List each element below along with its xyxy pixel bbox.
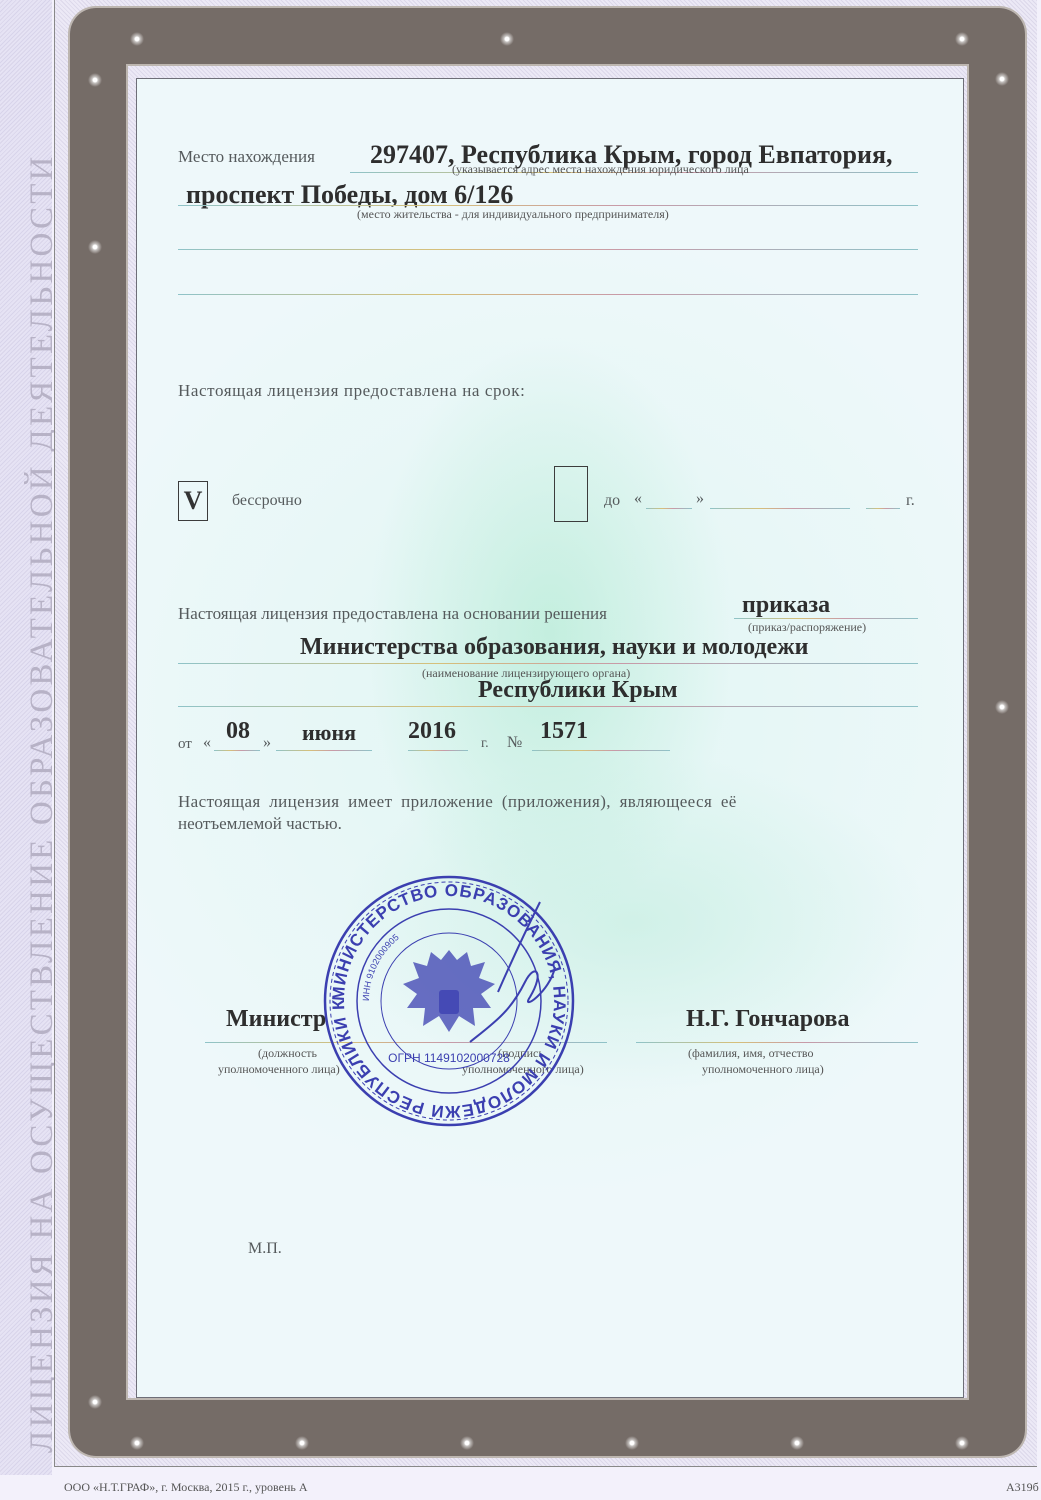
location-label: Место нахождения — [178, 147, 315, 167]
until-prefix: до — [604, 492, 620, 510]
term-heading: Настоящая лицензия предоставлена на срок… — [178, 381, 525, 401]
decision-type-line — [734, 618, 918, 619]
svg-text:ИНН 9102000905: ИНН 9102000905 — [361, 932, 401, 1001]
until-day-line — [646, 508, 692, 509]
order-month: июня — [302, 720, 356, 746]
name-line — [636, 1042, 918, 1043]
order-number: 1571 — [540, 718, 588, 745]
decision-type: приказа — [742, 592, 830, 619]
double-headed-eagle-icon — [403, 950, 495, 1032]
location-line-4 — [178, 294, 918, 295]
until-year-line — [866, 508, 900, 509]
position-hint-line1: (должность — [258, 1046, 317, 1061]
location-hint-legal: (указывается адрес места нахождения юрид… — [452, 162, 749, 177]
location-hint-individual: (место жительства - для индивидуального … — [357, 207, 669, 222]
order-day-line — [214, 750, 260, 751]
order-number-sign: № — [507, 734, 522, 752]
stamp-ogrn: ОГРН 1149102000728 — [388, 1051, 510, 1065]
basis-label: Настоящая лицензия предоставлена на осно… — [178, 604, 607, 624]
authority-line-1 — [178, 663, 918, 664]
order-month-line — [276, 750, 372, 751]
until-year-suffix: г. — [906, 492, 915, 510]
until-close-quote: » — [696, 490, 704, 508]
until-month-line — [710, 508, 850, 509]
indefinite-label: бессрочно — [232, 492, 302, 510]
authority-line-2 — [178, 706, 918, 707]
location-line-2 — [178, 205, 918, 206]
date-prefix: от — [178, 736, 192, 753]
until-open-quote: « — [634, 490, 642, 508]
authority-line2: Республики Крым — [478, 677, 678, 704]
date-open-quote: « — [203, 734, 211, 752]
authority-line1: Министерства образования, науки и молоде… — [300, 634, 808, 661]
order-year-line — [408, 750, 468, 751]
printer-info: ООО «Н.Т.ГРАФ», г. Москва, 2015 г., уров… — [64, 1480, 308, 1495]
side-strip: ЛИЦЕНЗИЯ НА ОСУЩЕСТВЛЕНИЕ ОБРАЗОВАТЕЛЬНО… — [0, 0, 52, 1475]
name-hint-line2: уполномоченного лица) — [702, 1062, 824, 1077]
official-stamp: МИНИСТЕРСТВО ОБРАЗОВАНИЯ, НАУКИ И МОЛОДЕ… — [320, 872, 578, 1130]
seal-place: М.П. — [248, 1240, 282, 1258]
appendix-text-line1: Настоящая лицензия имеет приложение (при… — [178, 792, 737, 812]
decision-type-hint: (приказ/распоряжение) — [748, 620, 866, 635]
name-hint-line1: (фамилия, имя, отчество — [688, 1046, 813, 1061]
signatory-name: Н.Г. Гончарова — [686, 1006, 849, 1033]
indefinite-checkbox[interactable]: V — [178, 481, 208, 521]
location-line-3 — [178, 249, 918, 250]
appendix-text-line2: неотъемлемой частью. — [178, 814, 342, 834]
signatory-position: Министр — [226, 1006, 326, 1033]
order-year-suffix: г. — [481, 736, 489, 752]
until-date-checkbox[interactable] — [554, 466, 588, 522]
handwritten-signature — [470, 902, 555, 1042]
order-number-line — [532, 750, 670, 751]
order-day: 08 — [226, 718, 250, 745]
date-close-quote: » — [263, 734, 271, 752]
stamp-inner-text: ИНН 9102000905 — [361, 932, 401, 1001]
order-year: 2016 — [408, 718, 456, 745]
form-code: А319б — [1006, 1480, 1039, 1495]
